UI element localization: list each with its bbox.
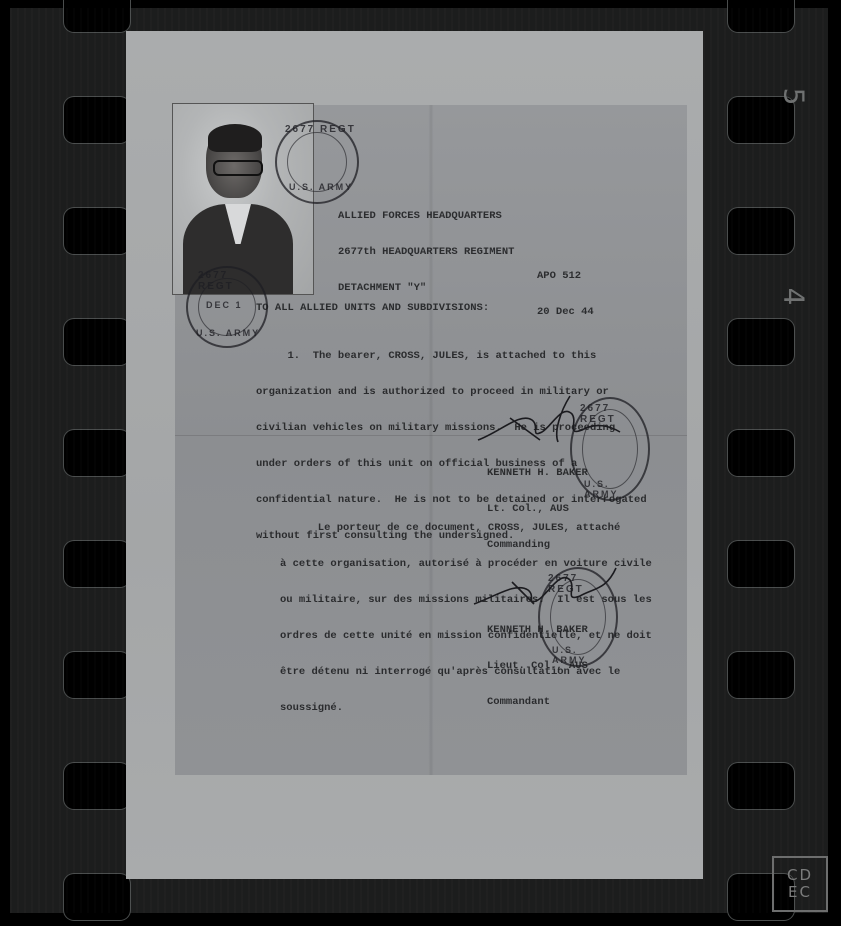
cdec-watermark-logo: CD EC <box>772 856 828 912</box>
sprocket-hole <box>64 541 130 587</box>
sprocket-hole <box>64 97 130 143</box>
french-signature-block: KENNETH H. BAKER Lieut. Col., AUS Comman… <box>487 600 588 720</box>
frame-number-middle: 4 <box>777 288 810 306</box>
sprocket-hole <box>64 763 130 809</box>
sprocket-hole <box>728 763 794 809</box>
sprocket-hole <box>728 319 794 365</box>
sprocket-hole <box>728 541 794 587</box>
sprocket-hole <box>728 0 794 32</box>
sprocket-hole <box>64 0 130 32</box>
salutation: TO ALL ALLIED UNITS AND SUBDIVISIONS: <box>256 302 489 314</box>
sprocket-hole <box>64 874 130 920</box>
sprocket-hole <box>64 430 130 476</box>
sprocket-hole <box>728 430 794 476</box>
sprocket-hole <box>64 319 130 365</box>
sprocket-hole <box>728 208 794 254</box>
letterhead: ALLIED FORCES HEADQUARTERS 2677th HEADQU… <box>338 186 514 306</box>
frame-number-top: 5 <box>777 88 810 106</box>
sprocket-hole <box>64 652 130 698</box>
glasses-icon <box>213 160 263 176</box>
sprocket-hole <box>64 208 130 254</box>
sprocket-hole <box>728 652 794 698</box>
apo-date: APO 512 20 Dec 44 <box>537 246 594 330</box>
